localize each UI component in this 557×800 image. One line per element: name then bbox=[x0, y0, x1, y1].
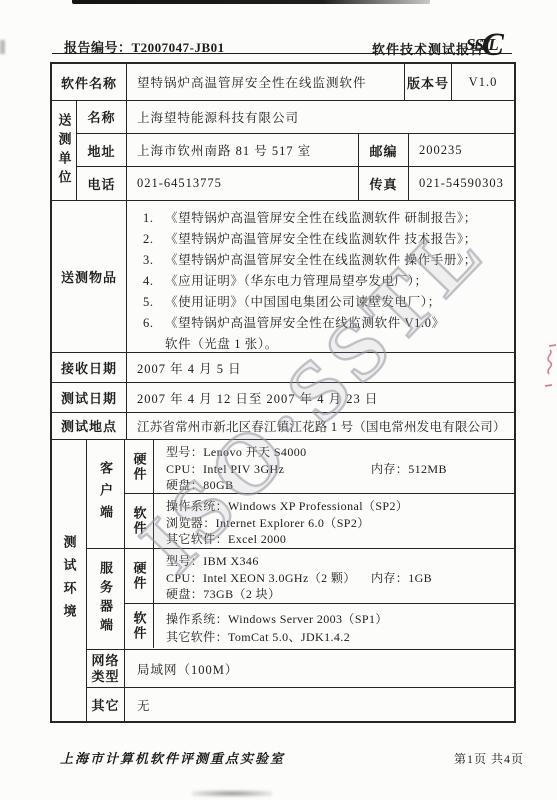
item-continuation: 软件（光盘 1 张）。 bbox=[143, 334, 508, 355]
client-hw-sw: 硬件 型号：Lenovo 开天 S4000 CPU：Intel PIV 3GHz… bbox=[125, 440, 514, 548]
client-hw-memory: 内存：512MB bbox=[371, 461, 447, 478]
row-software-name: 软件名称 望特锅炉高温管屏安全性在线监测软件 版本号 V1.0 bbox=[52, 64, 514, 101]
client-hw-disk: 硬盘：80GB bbox=[166, 477, 233, 494]
client-hw-model: 型号：Lenovo 开天 S4000 bbox=[166, 444, 307, 461]
telephone-label: 电话 bbox=[77, 167, 127, 200]
fax-value: 021-54590303 bbox=[409, 167, 514, 200]
company-name-label: 名称 bbox=[77, 101, 127, 133]
client-hardware-label: 硬件 bbox=[125, 440, 154, 493]
item-number: 3. bbox=[143, 250, 165, 271]
row-other: 其它 无 bbox=[87, 688, 514, 721]
scan-artifact-top-bar bbox=[72, 0, 430, 4]
spec-line: 浏览器：Internet Explorer 6.0（SP2） bbox=[166, 515, 510, 532]
address-label: 地址 bbox=[77, 134, 127, 167]
scanned-test-report-page: 报告编号：T2007047-JB01 软件技术测试报告 SSCTL ISO·SS… bbox=[0, 0, 557, 800]
spec-line: 其它软件：TomCat 5.0、JDK1.4.2 bbox=[166, 628, 510, 646]
zip-label: 邮编 bbox=[359, 134, 409, 167]
spec-line: 其它软件：Excel 2000 bbox=[166, 531, 510, 548]
spec-line: 操作系统：Windows XP Professional（SP2） bbox=[166, 498, 510, 515]
item-number: 1. bbox=[143, 208, 165, 229]
environment-label: 测试环境 bbox=[52, 440, 87, 721]
server-hardware-label-text: 硬件 bbox=[130, 561, 149, 591]
section-submitter: 送测单位 名称 上海望特能源科技有限公司 地址 上海市钦州南路 81 号 517… bbox=[52, 101, 514, 201]
other-label: 其它 bbox=[87, 688, 125, 721]
telephone-value: 021-64513775 bbox=[127, 167, 359, 200]
row-telephone: 电话 021-64513775 传真 021-54590303 bbox=[77, 167, 514, 200]
server-software-label-text: 软件 bbox=[130, 611, 149, 641]
server-software-label: 软件 bbox=[125, 604, 154, 648]
list-item: 2.《望特锅炉高温管屏安全性在线监测软件 技术报告》； bbox=[143, 229, 508, 250]
item-text: 《望特锅炉高温管屏安全性在线监测软件 技术报告》； bbox=[165, 229, 477, 250]
client-hw-cpu: CPU：Intel PIV 3GHz bbox=[166, 461, 371, 478]
test-site-value: 江苏省常州市新北区春江镇江花路 1 号（国电常州发电有限公司） bbox=[127, 413, 514, 439]
list-item: 5.《使用证明》（中国国电集团公司谏壁发电厂）； bbox=[143, 292, 508, 313]
version-label: 版本号 bbox=[405, 64, 452, 100]
item-number: 5. bbox=[143, 292, 165, 313]
spec-line: CPU：Intel PIV 3GHz内存：512MB bbox=[166, 461, 510, 478]
row-server: 服务器端 硬件 型号：IBM X346 CPU：Intel XEON 3.0GH… bbox=[87, 549, 514, 650]
receive-date-value: 2007 年 4 月 5 日 bbox=[127, 353, 514, 382]
test-date-value: 2007 年 4 月 12 日至 2007 年 4 月 23 日 bbox=[127, 383, 514, 411]
server-hw-sw: 硬件 型号：IBM X346 CPU：Intel XEON 3.0GHz（2 颗… bbox=[125, 549, 514, 649]
server-hw-memory: 内存：1GB bbox=[371, 570, 432, 587]
spec-line: 操作系统：Windows Server 2003（SP1） bbox=[166, 610, 510, 628]
report-info-table: 软件名称 望特锅炉高温管屏安全性在线监测软件 版本号 V1.0 送测单位 名称 … bbox=[50, 62, 516, 723]
row-submitted-items: 送测物品 1.《望特锅炉高温管屏安全性在线监测软件 研制报告》； 2.《望特锅炉… bbox=[52, 201, 514, 353]
test-site-label: 测试地点 bbox=[52, 413, 127, 439]
red-ink-mark bbox=[536, 343, 556, 395]
spec-line: 型号：Lenovo 开天 S4000 bbox=[166, 444, 510, 461]
row-client-hardware: 硬件 型号：Lenovo 开天 S4000 CPU：Intel PIV 3GHz… bbox=[125, 440, 514, 494]
row-server-software: 软件 操作系统：Windows Server 2003（SP1） 其它软件：To… bbox=[125, 604, 514, 648]
address-value: 上海市钦州南路 81 号 517 室 bbox=[127, 134, 359, 167]
row-server-hardware: 硬件 型号：IBM X346 CPU：Intel XEON 3.0GHz（2 颗… bbox=[125, 549, 514, 604]
zip-value: 200235 bbox=[409, 134, 514, 167]
list-item: 6.《望特锅炉高温管屏安全性在线监测软件 V1.0》 bbox=[143, 313, 508, 334]
items-label: 送测物品 bbox=[52, 201, 127, 352]
client-label: 客户端 bbox=[87, 440, 125, 548]
server-sw-other: 其它软件：TomCat 5.0、JDK1.4.2 bbox=[166, 628, 350, 646]
client-sw-other: 其它软件：Excel 2000 bbox=[166, 531, 286, 548]
network-type-label-text: 网络类型 bbox=[91, 653, 121, 685]
spec-line: 型号：IBM X346 bbox=[166, 553, 510, 570]
server-hardware-specs: 型号：IBM X346 CPU：Intel XEON 3.0GHz（2 颗）内存… bbox=[154, 549, 514, 603]
environment-label-text: 测试环境 bbox=[60, 535, 79, 627]
submitter-rows: 名称 上海望特能源科技有限公司 地址 上海市钦州南路 81 号 517 室 邮编… bbox=[77, 101, 514, 200]
scan-artifact-bottom-smudge bbox=[192, 790, 272, 797]
client-software-label: 软件 bbox=[125, 494, 154, 548]
row-client-software: 软件 操作系统：Windows XP Professional（SP2） 浏览器… bbox=[125, 494, 514, 548]
spec-line: 硬盘：80GB bbox=[166, 477, 510, 494]
software-name-label: 软件名称 bbox=[52, 64, 127, 100]
client-software-label-text: 软件 bbox=[130, 506, 149, 536]
receive-date-label: 接收日期 bbox=[52, 353, 127, 382]
fax-label: 传真 bbox=[359, 167, 409, 200]
server-label-text: 服务器端 bbox=[96, 561, 115, 637]
environment-rows: 客户端 硬件 型号：Lenovo 开天 S4000 CPU：Intel PIV … bbox=[87, 440, 514, 721]
footer-page-number: 第1页 共4页 bbox=[454, 750, 524, 767]
server-label: 服务器端 bbox=[87, 549, 125, 649]
item-text: 《使用证明》（中国国电集团公司谏壁发电厂）； bbox=[165, 292, 441, 313]
client-software-specs: 操作系统：Windows XP Professional（SP2） 浏览器：In… bbox=[154, 494, 514, 548]
submitter-label: 送测单位 bbox=[52, 101, 77, 200]
version-value: V1.0 bbox=[452, 64, 514, 100]
server-software-specs: 操作系统：Windows Server 2003（SP1） 其它软件：TomCa… bbox=[154, 604, 514, 648]
company-name-value: 上海望特能源科技有限公司 bbox=[127, 101, 514, 133]
row-address: 地址 上海市钦州南路 81 号 517 室 邮编 200235 bbox=[77, 134, 514, 168]
header-rule bbox=[52, 53, 512, 54]
item-number: 6. bbox=[143, 313, 165, 334]
server-hardware-label: 硬件 bbox=[125, 549, 154, 603]
list-item: 3.《望特锅炉高温管屏安全性在线监测软件 操作手册》； bbox=[143, 250, 508, 271]
item-text: 《望特锅炉高温管屏安全性在线监测软件 研制报告》； bbox=[165, 208, 477, 229]
client-label-text: 客户端 bbox=[96, 461, 115, 527]
items-list: 1.《望特锅炉高温管屏安全性在线监测软件 研制报告》； 2.《望特锅炉高温管屏安… bbox=[127, 201, 514, 352]
spec-line: 硬盘：73GB（2 块） bbox=[166, 586, 510, 603]
network-type-label: 网络类型 bbox=[87, 650, 125, 687]
server-hw-cpu: CPU：Intel XEON 3.0GHz（2 颗） bbox=[166, 570, 371, 587]
item-number: 4. bbox=[143, 271, 165, 292]
client-hardware-specs: 型号：Lenovo 开天 S4000 CPU：Intel PIV 3GHz内存：… bbox=[154, 440, 514, 493]
submitter-label-text: 送测单位 bbox=[55, 113, 74, 189]
section-environment: 测试环境 客户端 硬件 型号：Lenovo 开天 S4000 bbox=[52, 440, 514, 721]
server-sw-os: 操作系统：Windows Server 2003（SP1） bbox=[166, 610, 388, 628]
item-text: 《望特锅炉高温管屏安全性在线监测软件 操作手册》； bbox=[165, 250, 477, 271]
item-text: 《望特锅炉高温管屏安全性在线监测软件 V1.0》 bbox=[165, 313, 445, 334]
row-company-name: 名称 上海望特能源科技有限公司 bbox=[77, 101, 514, 134]
server-hw-disk: 硬盘：73GB（2 块） bbox=[166, 586, 280, 603]
client-sw-os: 操作系统：Windows XP Professional（SP2） bbox=[166, 498, 408, 515]
row-test-date: 测试日期 2007 年 4 月 12 日至 2007 年 4 月 23 日 bbox=[52, 383, 514, 412]
row-client: 客户端 硬件 型号：Lenovo 开天 S4000 CPU：Intel PIV … bbox=[87, 440, 514, 549]
list-item: 1.《望特锅炉高温管屏安全性在线监测软件 研制报告》； bbox=[143, 208, 508, 229]
spec-line: CPU：Intel XEON 3.0GHz（2 颗）内存：1GB bbox=[166, 570, 510, 587]
other-value: 无 bbox=[125, 688, 514, 721]
network-type-value: 局域网（100M） bbox=[125, 650, 514, 687]
software-name-value: 望特锅炉高温管屏安全性在线监测软件 bbox=[127, 64, 405, 100]
item-text: 《应用证明》（华东电力管理局望亭发电厂）； bbox=[165, 271, 428, 292]
row-receive-date: 接收日期 2007 年 4 月 5 日 bbox=[52, 353, 514, 383]
list-item: 4.《应用证明》（华东电力管理局望亭发电厂）； bbox=[143, 271, 508, 292]
test-date-label: 测试日期 bbox=[52, 383, 127, 411]
item-number: 2. bbox=[143, 229, 165, 250]
logo-tl-text: TL bbox=[479, 35, 498, 54]
server-hw-model: 型号：IBM X346 bbox=[166, 553, 259, 570]
row-test-site: 测试地点 江苏省常州市新北区春江镇江花路 1 号（国电常州发电有限公司） bbox=[52, 413, 514, 440]
footer-lab-name: 上海市计算机软件评测重点实验室 bbox=[60, 748, 285, 767]
row-network-type: 网络类型 局域网（100M） bbox=[87, 650, 514, 688]
scan-artifact-left-mark bbox=[0, 40, 5, 54]
client-hardware-label-text: 硬件 bbox=[130, 452, 149, 482]
client-sw-browser: 浏览器：Internet Explorer 6.0（SP2） bbox=[166, 515, 370, 532]
